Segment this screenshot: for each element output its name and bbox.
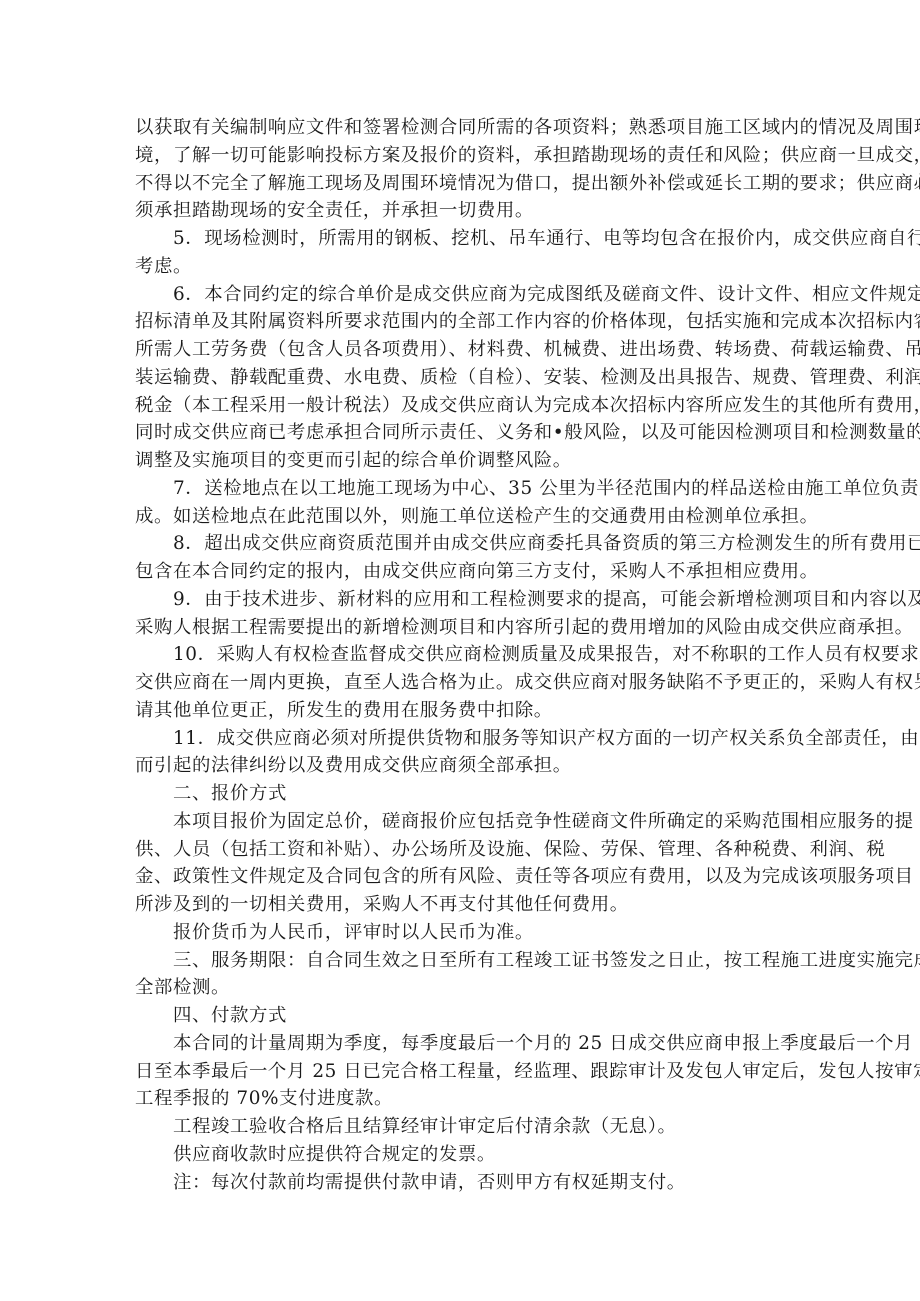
text-line: 招标清单及其附属资料所要求范围内的全部工作内容的价格体现，包括实施和完成本次招标…	[135, 308, 785, 336]
paragraph-item-5: 5．现场检测时，所需用的钢板、挖机、吊车通行、电等均包含在报价内，成交供应商自行…	[135, 225, 785, 281]
text-line: 供应商收款时应提供符合规定的发票。	[135, 1141, 785, 1169]
text-line: 本项目报价为固定总价，磋商报价应包括竞争性磋商文件所确定的采购范围相应服务的提	[135, 808, 785, 836]
text-line: 三、服务期限：自合同生效之日至所有工程竣工证书签发之日止，按工程施工进度实施完成	[135, 947, 785, 975]
text-line: 所涉及到的一切相关费用，采购人不再支付其他任何费用。	[135, 891, 785, 919]
paragraph-invoice: 供应商收款时应提供符合规定的发票。	[135, 1141, 785, 1169]
text-line: 同时成交供应商已考虑承担合同所示责任、义务和•般风险，以及可能因检测项目和检测数…	[135, 419, 785, 447]
text-line: 成。如送检地点在此范围以外，则施工单位送检产生的交通费用由检测单位承担。	[135, 503, 785, 531]
paragraph-item-8: 8．超出成交供应商资质范围并由成交供应商委托具备资质的第三方检测发生的所有费用已…	[135, 530, 785, 586]
section-heading: 二、报价方式	[135, 780, 785, 808]
text-line: 10．采购人有权检查监督成交供应商检测质量及成果报告，对不称职的工作人员有权要求…	[135, 641, 785, 669]
text-line: 6．本合同约定的综合单价是成交供应商为完成图纸及磋商文件、设计文件、相应文件规定…	[135, 281, 785, 309]
text-line: 请其他单位更正，所发生的费用在服务费中扣除。	[135, 697, 785, 725]
text-line: 装运输费、静载配重费、水电费、质检（自检）、安装、检测及出具报告、规费、管理费、…	[135, 364, 785, 392]
text-line: 8．超出成交供应商资质范围并由成交供应商委托具备资质的第三方检测发生的所有费用已	[135, 530, 785, 558]
text-line: 5．现场检测时，所需用的钢板、挖机、吊车通行、电等均包含在报价内，成交供应商自行	[135, 225, 785, 253]
text-line: 不得以不完全了解施工现场及周围环境情况为借口，提出额外补偿或延长工期的要求；供应…	[135, 170, 785, 198]
text-line: 注：每次付款前均需提供付款申请，否则甲方有权延期支付。	[135, 1169, 785, 1197]
text-line: 所需人工劳务费（包含人员各项费用）、材料费、机械费、进出场费、转场费、荷载运输费…	[135, 336, 785, 364]
text-line: 日至本季最后一个月 25 日已完合格工程量，经监理、跟踪审计及发包人审定后，发包…	[135, 1058, 785, 1086]
paragraph-currency: 报价货币为人民币，评审时以人民币为准。	[135, 919, 785, 947]
text-line: 工程竣工验收合格后且结算经审计审定后付清余款（无息）。	[135, 1113, 785, 1141]
text-line: 而引起的法律纠纷以及费用成交供应商须全部承担。	[135, 752, 785, 780]
text-line: 交供应商在一周内更换，直至人选合格为止。成交供应商对服务缺陷不予更正的，采购人有…	[135, 669, 785, 697]
text-line: 考虑。	[135, 253, 785, 281]
paragraph-quote-body: 本项目报价为固定总价，磋商报价应包括竞争性磋商文件所确定的采购范围相应服务的提 …	[135, 808, 785, 919]
paragraph-item-11: 11．成交供应商必须对所提供货物和服务等知识产权方面的一切产权关系负全部责任，由…	[135, 725, 785, 781]
text-line: 税金（本工程采用一般计税法）及成交供应商认为完成本次招标内容所应发生的其他所有费…	[135, 392, 785, 420]
text-line: 9．由于技术进步、新材料的应用和工程检测要求的提高，可能会新增检测项目和内容以及	[135, 586, 785, 614]
text-line: 7．送检地点在以工地施工现场为中心、35 公里为半径范围内的样品送检由施工单位负…	[135, 475, 785, 503]
document-page: 以获取有关编制响应文件和签署检测合同所需的各项资料；熟悉项目施工区域内的情况及周…	[135, 114, 785, 1196]
heading-quote-method: 二、报价方式	[135, 780, 785, 808]
text-line: 工程季报的 70%支付进度款。	[135, 1085, 785, 1113]
text-line: 金、政策性文件规定及合同包含的所有风险、责任等各项应有费用，以及为完成该项服务项…	[135, 863, 785, 891]
section-heading: 四、付款方式	[135, 1002, 785, 1030]
text-line: 供、人员（包括工资和补贴）、办公场所及设施、保险、劳保、管理、各种税费、利润、税	[135, 836, 785, 864]
text-line: 全部检测。	[135, 974, 785, 1002]
paragraph-item-6: 6．本合同约定的综合单价是成交供应商为完成图纸及磋商文件、设计文件、相应文件规定…	[135, 281, 785, 475]
text-line: 包含在本合同约定的报内，由成交供应商向第三方支付，采购人不承担相应费用。	[135, 558, 785, 586]
paragraph-payment-body: 本合同的计量周期为季度，每季度最后一个月的 25 日成交供应商申报上季度最后一个…	[135, 1030, 785, 1113]
paragraph-site-survey: 以获取有关编制响应文件和签署检测合同所需的各项资料；熟悉项目施工区域内的情况及周…	[135, 114, 785, 225]
text-line: 境，了解一切可能影响投标方案及报价的资料，承担踏勘现场的责任和风险；供应商一旦成…	[135, 142, 785, 170]
heading-payment-method: 四、付款方式	[135, 1002, 785, 1030]
paragraph-item-9: 9．由于技术进步、新材料的应用和工程检测要求的提高，可能会新增检测项目和内容以及…	[135, 586, 785, 642]
paragraph-service-period: 三、服务期限：自合同生效之日至所有工程竣工证书签发之日止，按工程施工进度实施完成…	[135, 947, 785, 1003]
text-line: 须承担踏勘现场的安全责任，并承担一切费用。	[135, 197, 785, 225]
paragraph-item-10: 10．采购人有权检查监督成交供应商检测质量及成果报告，对不称职的工作人员有权要求…	[135, 641, 785, 724]
paragraph-final-payment: 工程竣工验收合格后且结算经审计审定后付清余款（无息）。	[135, 1113, 785, 1141]
text-line: 本合同的计量周期为季度，每季度最后一个月的 25 日成交供应商申报上季度最后一个…	[135, 1030, 785, 1058]
paragraph-item-7: 7．送检地点在以工地施工现场为中心、35 公里为半径范围内的样品送检由施工单位负…	[135, 475, 785, 531]
text-line: 采购人根据工程需要提出的新增检测项目和内容所引起的费用增加的风险由成交供应商承担…	[135, 614, 785, 642]
text-line: 11．成交供应商必须对所提供货物和服务等知识产权方面的一切产权关系负全部责任，由…	[135, 725, 785, 753]
paragraph-note: 注：每次付款前均需提供付款申请，否则甲方有权延期支付。	[135, 1169, 785, 1197]
text-line: 调整及实施项目的变更而引起的综合单价调整风险。	[135, 447, 785, 475]
text-line: 以获取有关编制响应文件和签署检测合同所需的各项资料；熟悉项目施工区域内的情况及周…	[135, 114, 785, 142]
text-line: 报价货币为人民币，评审时以人民币为准。	[135, 919, 785, 947]
